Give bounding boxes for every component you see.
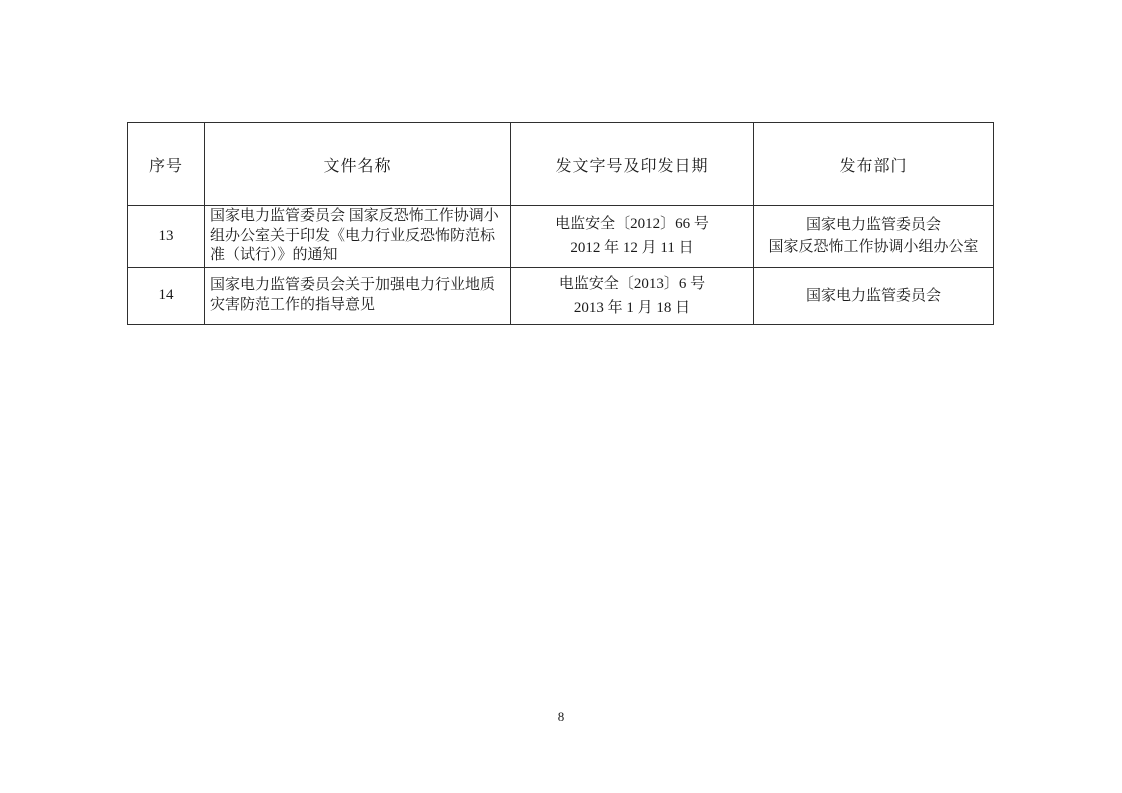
header-cell-doc-number-date: 发文字号及印发日期	[511, 123, 754, 206]
dept-line: 国家电力监管委员会	[754, 285, 993, 307]
table-header-row: 序号 文件名称 发文字号及印发日期 发布部门	[128, 123, 994, 206]
cell-doc-number-date: 电监安全〔2013〕6 号 2013 年 1 月 18 日	[511, 267, 754, 324]
cell-issuing-dept: 国家电力监管委员会 国家反恐怖工作协调小组办公室	[754, 206, 994, 268]
issue-date: 2013 年 1 月 18 日	[511, 296, 753, 320]
cell-index: 13	[128, 206, 205, 268]
cell-file-name: 国家电力监管委员会关于加强电力行业地质灾害防范工作的指导意见	[205, 267, 511, 324]
table-row: 13 国家电力监管委员会 国家反恐怖工作协调小组办公室关于印发《电力行业反恐怖防…	[128, 206, 994, 268]
issue-date: 2012 年 12 月 11 日	[511, 236, 753, 260]
cell-issuing-dept: 国家电力监管委员会	[754, 267, 994, 324]
records-table: 序号 文件名称 发文字号及印发日期 发布部门 13 国家电力监管委员会 国家反恐…	[127, 122, 994, 325]
header-cell-issuing-dept: 发布部门	[754, 123, 994, 206]
document-page: 序号 文件名称 发文字号及印发日期 发布部门 13 国家电力监管委员会 国家反恐…	[0, 0, 1122, 793]
doc-number: 电监安全〔2013〕6 号	[511, 272, 753, 296]
cell-index: 14	[128, 267, 205, 324]
header-cell-index: 序号	[128, 123, 205, 206]
table-row: 14 国家电力监管委员会关于加强电力行业地质灾害防范工作的指导意见 电监安全〔2…	[128, 267, 994, 324]
dept-line: 国家反恐怖工作协调小组办公室	[754, 236, 993, 258]
doc-number: 电监安全〔2012〕66 号	[511, 212, 753, 236]
header-cell-file-name: 文件名称	[205, 123, 511, 206]
dept-line: 国家电力监管委员会	[754, 214, 993, 236]
cell-file-name: 国家电力监管委员会 国家反恐怖工作协调小组办公室关于印发《电力行业反恐怖防范标准…	[205, 206, 511, 268]
cell-doc-number-date: 电监安全〔2012〕66 号 2012 年 12 月 11 日	[511, 206, 754, 268]
page-number: 8	[0, 709, 1122, 725]
